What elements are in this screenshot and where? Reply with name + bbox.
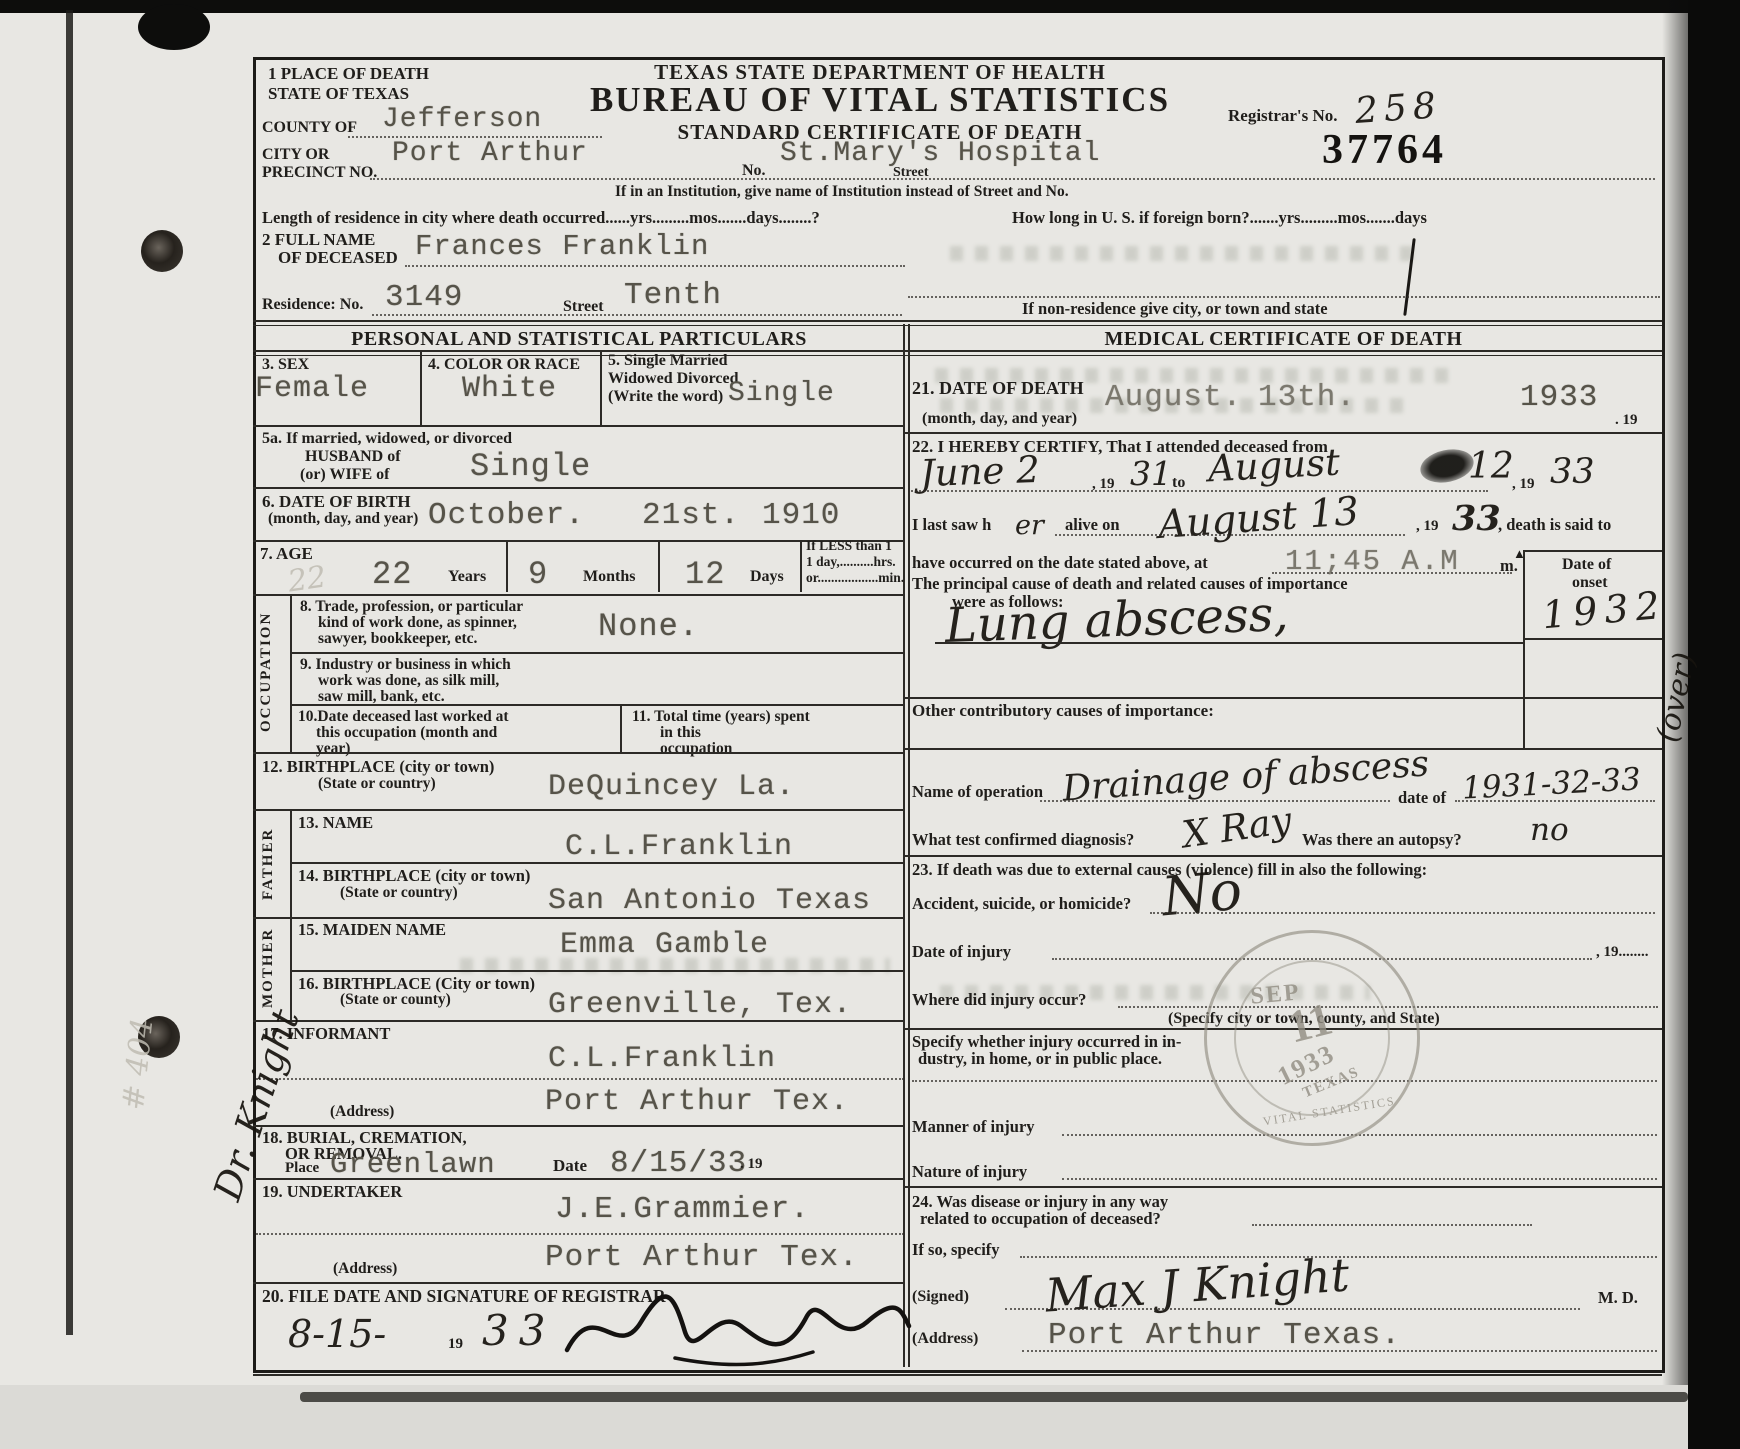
- nonresidence-dotted-line: [908, 296, 1660, 298]
- column-divider: [903, 324, 910, 1367]
- if-so-specify-label: If so, specify: [912, 1240, 1000, 1260]
- address-label: (Address): [330, 1103, 394, 1121]
- s21-year-value: 1933: [1520, 380, 1598, 415]
- row-rule: [905, 855, 1662, 857]
- last-saw-er-value: er: [1015, 510, 1044, 541]
- dob-label: 6. DATE OF BIRTH: [262, 492, 411, 512]
- header-separator-rule: [253, 320, 1662, 326]
- hole-punch-top: [141, 230, 183, 272]
- s5a-label-3: (or) WIFE of: [300, 466, 389, 484]
- cell-divider: [506, 540, 508, 592]
- s12-label: 12. BIRTHPLACE (city or town): [262, 757, 494, 777]
- onset-row-rule: [1523, 638, 1662, 640]
- row-rule: [253, 917, 905, 919]
- s15-value: Emma Gamble: [560, 928, 769, 962]
- cause-underline: [935, 642, 1523, 644]
- s14-label: 14. BIRTHPLACE (city or town): [298, 866, 530, 886]
- manner-label: Manner of injury: [912, 1117, 1035, 1137]
- cell-divider: [620, 704, 622, 752]
- residence-no-label: Residence: No.: [262, 296, 363, 314]
- dob-day-value: 21st.: [642, 498, 740, 533]
- age-years-value: 22: [372, 556, 412, 593]
- institution-value: St.Mary's Hospital: [780, 138, 1100, 169]
- s5a-label-2: HUSBAND of: [305, 448, 401, 466]
- sex-value: Female: [255, 372, 369, 406]
- alive-on-label: alive on: [1065, 515, 1120, 535]
- row-rule: [253, 1020, 905, 1022]
- cell-divider: [420, 352, 422, 425]
- margin-pencil-note: # 404: [116, 1017, 160, 1112]
- right-column-title: MEDICAL CERTIFICATE OF DEATH: [905, 328, 1662, 351]
- less-than-label-2: 1 day,..........hrs.: [806, 554, 896, 570]
- accident-label: Accident, suicide, or homicide?: [912, 894, 1131, 914]
- s8-value: None.: [598, 608, 699, 645]
- row-rule: [290, 704, 905, 706]
- residence-street-value: Tenth: [624, 278, 722, 313]
- last-saw-dotted-line: [1055, 534, 1405, 536]
- arrow-icon: ▲: [1513, 546, 1526, 562]
- s14-value: San Antonio Texas: [548, 884, 871, 918]
- injury-19-label: , 19........: [1596, 944, 1649, 961]
- printed-19-label: , 19: [1416, 518, 1439, 535]
- dob-year-value: 1910: [762, 498, 840, 533]
- onset-box-left: [1523, 550, 1525, 750]
- row-rule: [905, 432, 1662, 434]
- row-rule: [253, 594, 905, 596]
- city-value: Port Arthur: [392, 138, 588, 169]
- s12-value: DeQuincey La.: [548, 770, 795, 804]
- row-rule: [253, 1125, 905, 1127]
- physician-address-value: Port Arthur Texas.: [1048, 1318, 1401, 1353]
- row-rule: [253, 752, 905, 754]
- place-of-death-label: 1 PLACE OF DEATH: [268, 64, 429, 84]
- onset-label-1: Date of: [1562, 556, 1611, 574]
- attended-from-value: June 2: [919, 448, 1040, 495]
- marital-label-2: Widowed Divorced: [608, 370, 739, 388]
- s19-label: 19. UNDERTAKER: [262, 1182, 402, 1202]
- scan-edge-right: [1688, 0, 1740, 1449]
- of-deceased-label: OF DECEASED: [278, 248, 398, 268]
- marital-value: Single: [728, 378, 835, 409]
- accident-dotted-line: [1150, 912, 1655, 914]
- row-rule: [290, 970, 905, 972]
- injury-where-label: Where did injury occur?: [912, 990, 1086, 1010]
- registrar-no-value: 258: [1354, 85, 1443, 132]
- date-of-label: date of: [1398, 788, 1446, 808]
- attended-dotted-line: [908, 490, 1488, 492]
- row-rule: [253, 809, 905, 811]
- s10-label-3: year): [316, 740, 350, 758]
- last-saw-label: I last saw h: [912, 515, 991, 535]
- s19-value: J.E.Grammier.: [555, 1192, 810, 1227]
- onset-box-top: [1523, 550, 1662, 552]
- death-said-label: , death is said to: [1498, 515, 1611, 535]
- accident-value: No: [1159, 859, 1244, 929]
- specify-label-2: dustry, in home, or in public place.: [918, 1049, 1162, 1069]
- marital-label-1: 5. Single Married: [608, 352, 728, 370]
- dob-sub-label: (month, day, and year): [268, 510, 418, 528]
- operation-dotted-line: [1040, 800, 1390, 802]
- s21-label: 21. DATE OF DEATH: [912, 378, 1084, 399]
- nature-label: Nature of injury: [912, 1162, 1027, 1182]
- s16-sub-label: (State or county): [340, 991, 451, 1009]
- s13-label: 13. NAME: [298, 813, 373, 833]
- less-than-label-3: or..................min.: [806, 570, 904, 586]
- registrar-no-label: Registrar's No.: [1228, 106, 1338, 126]
- certificate-number: 37764: [1322, 126, 1447, 174]
- s15-label: 15. MAIDEN NAME: [298, 920, 446, 940]
- left-column-title: PERSONAL AND STATISTICAL PARTICULARS: [253, 328, 905, 351]
- street-dotted-line: [370, 178, 1655, 180]
- residence-dotted-line: [372, 314, 902, 316]
- s24-label-2: related to occupation of deceased?: [920, 1209, 1161, 1229]
- s17-address-value: Port Arthur Tex.: [545, 1085, 849, 1119]
- last-saw-year-value: 33: [1452, 498, 1501, 539]
- occupation-vertical-label: OCCUPATION: [258, 598, 275, 746]
- attended-from-year-value: 31: [1130, 454, 1172, 493]
- row-rule: [290, 862, 905, 864]
- years-label: Years: [448, 568, 486, 586]
- nature-dotted-line: [1062, 1178, 1657, 1180]
- contributory-label: Other contributory causes of importance:: [912, 701, 1214, 721]
- autopsy-value: no: [1530, 812, 1569, 848]
- mother-vertical-label: MOTHER: [260, 922, 277, 1014]
- county-of-label: COUNTY OF: [262, 119, 357, 137]
- right-title-rule: [905, 350, 1662, 356]
- s14-sub-label: (State or country): [340, 884, 458, 902]
- s18-date-value: 8/15/33: [610, 1146, 747, 1181]
- s21-month-value: August.: [1105, 380, 1242, 415]
- printed-19-label: . 19: [740, 1156, 763, 1173]
- s18-place-value: Greenlawn: [330, 1148, 496, 1181]
- row-rule: [253, 1282, 905, 1284]
- months-label: Months: [583, 568, 635, 586]
- burial-date-label: Date: [553, 1156, 587, 1176]
- cell-divider: [658, 540, 660, 592]
- s21-sub-label: (month, day, and year): [922, 410, 1077, 428]
- signed-dotted-line: [1005, 1308, 1580, 1310]
- registrar-signature: [555, 1288, 915, 1368]
- full-name-label: 2 FULL NAME: [262, 230, 375, 250]
- operation-label: Name of operation: [912, 782, 1043, 802]
- scan-edge-top: [0, 0, 1740, 13]
- bracket-line: [290, 594, 292, 752]
- place-label: Place: [285, 1160, 319, 1177]
- injury-date-label: Date of injury: [912, 942, 1011, 962]
- attended-to-month-value: August: [1207, 441, 1341, 491]
- s21-day-value: 13th.: [1258, 380, 1356, 415]
- printed-19-label: , 19: [1512, 476, 1535, 493]
- printed-19-label: . 19: [1615, 412, 1638, 429]
- s19-address-value: Port Arthur Tex.: [545, 1240, 859, 1275]
- scan-blob-topleft: [138, 4, 210, 50]
- s17-value: C.L.Franklin: [548, 1042, 776, 1076]
- s24-dotted-line: [1252, 1224, 1532, 1226]
- row-rule: [253, 487, 905, 489]
- signed-label: (Signed): [912, 1288, 969, 1306]
- full-name-value: Frances Franklin: [415, 230, 709, 263]
- city-or-label: CITY OR: [262, 146, 329, 164]
- test-label: What test confirmed diagnosis?: [912, 830, 1134, 850]
- s12-sub-label: (State or country): [318, 775, 436, 793]
- nonresidence-note: If non-residence give city, or town and …: [1022, 299, 1328, 319]
- file-year-value: 33: [482, 1306, 555, 1355]
- dob-month-value: October.: [428, 498, 585, 533]
- cell-divider: [800, 540, 802, 592]
- institution-note: If in an Institution, give name of Insti…: [615, 183, 1069, 201]
- row-rule: [905, 697, 1662, 699]
- county-value: Jefferson: [382, 104, 542, 135]
- state-of-texas-label: STATE OF TEXAS: [268, 84, 409, 104]
- row-rule: [253, 1178, 905, 1180]
- operation-date-dotted-line: [1455, 800, 1655, 802]
- address-dotted-line: [1022, 1350, 1657, 1352]
- scan-bottom-line: [300, 1392, 1688, 1402]
- s13-value: C.L.Franklin: [565, 830, 793, 864]
- row-rule: [905, 1186, 1662, 1188]
- scanned-death-certificate: 1 PLACE OF DEATH STATE OF TEXAS TEXAS ST…: [0, 0, 1740, 1449]
- s11-label-1: 11. Total time (years) spent: [632, 708, 810, 726]
- scan-left-streak: [66, 10, 73, 1335]
- father-vertical-label: FATHER: [260, 818, 277, 910]
- attended-to-year-value: 33: [1550, 452, 1595, 492]
- age-days-value: 12: [685, 556, 725, 593]
- address-label: (Address): [912, 1330, 978, 1348]
- address-label: (Address): [333, 1260, 397, 1278]
- s11-label-3: occupation: [660, 740, 732, 758]
- undertaker-dotted-line: [256, 1233, 904, 1235]
- residence-length-label: Length of residence in city where death …: [262, 208, 820, 228]
- s5a-label-1: 5a. If married, widowed, or divorced: [262, 430, 512, 448]
- marital-label-3: (Write the word): [608, 388, 723, 406]
- row-rule: [290, 652, 905, 654]
- full-name-dotted-line: [405, 265, 905, 267]
- attended-to-day-struck: 12: [1468, 446, 1514, 487]
- md-label: M. D.: [1598, 1288, 1638, 1308]
- precinct-no-label: PRECINCT NO.: [262, 164, 377, 182]
- s16-value: Greenville, Tex.: [548, 988, 852, 1022]
- days-label: Days: [750, 568, 784, 586]
- bracket-line: [290, 917, 292, 1020]
- cell-divider: [600, 352, 602, 425]
- file-date-value: 8-15-: [288, 1312, 386, 1356]
- occurred-label: have occurred on the date stated above, …: [912, 553, 1208, 573]
- autopsy-label: Was there an autopsy?: [1302, 830, 1462, 850]
- s5a-value: Single: [470, 448, 591, 485]
- informant-dotted-line: [256, 1078, 904, 1080]
- row-rule: [253, 425, 905, 427]
- foreign-born-label: How long in U. S. if foreign born?......…: [1012, 208, 1427, 228]
- printed-19-label: 19: [448, 1336, 463, 1353]
- less-than-label-1: If LESS than 1: [806, 538, 892, 554]
- race-value: White: [462, 372, 557, 406]
- age-months-value: 9: [528, 556, 548, 593]
- bottom-double-rule: [253, 1374, 1662, 1376]
- bureau-title: BUREAU OF VITAL STATISTICS: [470, 80, 1290, 120]
- row-rule: [905, 748, 1662, 750]
- residence-no-value: 3149: [385, 280, 463, 315]
- s8-label-3: sawyer, bookkeeper, etc.: [318, 630, 477, 648]
